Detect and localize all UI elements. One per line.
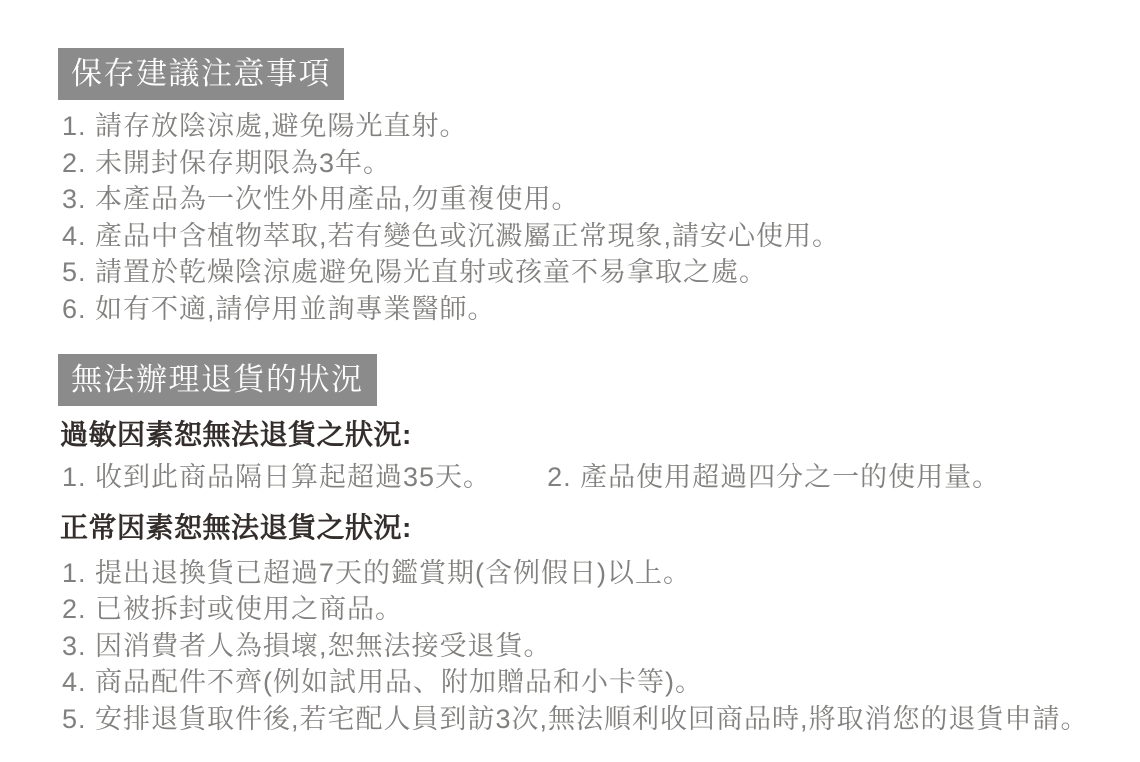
normal-condition-item: 3. 因消費者人為損壞,恕無法接受退貨。 [62,628,1110,665]
storage-advice-list: 1. 請存放陰涼處,避免陽光直射。 2. 未開封保存期限為3年。 3. 本產品為… [62,108,1110,327]
return-policy-section: 無法辦理退貨的狀況 過敏因素恕無法退貨之狀況: 1. 收到此商品隔日算起超過35… [58,327,1110,737]
normal-condition-item: 4. 商品配件不齊(例如試用品、附加贈品和小卡等)。 [62,664,1110,701]
storage-advice-section: 保存建議注意事項 1. 請存放陰涼處,避免陽光直射。 2. 未開封保存期限為3年… [58,48,1110,327]
allergy-conditions-heading: 過敏因素恕無法退貨之狀況: [60,416,1110,454]
storage-note-item: 1. 請存放陰涼處,避免陽光直射。 [62,108,1110,145]
allergy-conditions-list: 1. 收到此商品隔日算起超過35天。2. 產品使用超過四分之一的使用量。 [62,459,1110,496]
return-policy-title-badge: 無法辦理退貨的狀況 [58,354,377,406]
storage-note-item: 4. 產品中含植物萃取,若有變色或沉澱屬正常現象,請安心使用。 [62,218,1110,255]
storage-note-item: 6. 如有不適,請停用並詢專業醫師。 [62,291,1110,328]
product-info-page: 保存建議注意事項 1. 請存放陰涼處,避免陽光直射。 2. 未開封保存期限為3年… [0,0,1140,762]
storage-note-item: 3. 本產品為一次性外用產品,勿重複使用。 [62,181,1110,218]
storage-note-item: 5. 請置於乾燥陰涼處避免陽光直射或孩童不易拿取之處。 [62,254,1110,291]
normal-conditions-list: 1. 提出退換貨已超過7天的鑑賞期(含例假日)以上。 2. 已被拆封或使用之商品… [62,555,1110,738]
storage-advice-title-badge: 保存建議注意事項 [58,48,344,100]
normal-condition-item: 2. 已被拆封或使用之商品。 [62,591,1110,628]
allergy-condition-item: 1. 收到此商品隔日算起超過35天。 [62,462,491,492]
normal-condition-item: 1. 提出退換貨已超過7天的鑑賞期(含例假日)以上。 [62,555,1110,592]
allergy-condition-item: 2. 產品使用超過四分之一的使用量。 [547,462,1000,492]
normal-conditions-heading: 正常因素恕無法退貨之狀況: [60,509,1110,547]
normal-condition-item: 5. 安排退貨取件後,若宅配人員到訪3次,無法順利收回商品時,將取消您的退貨申請… [62,701,1110,738]
storage-note-item: 2. 未開封保存期限為3年。 [62,145,1110,182]
